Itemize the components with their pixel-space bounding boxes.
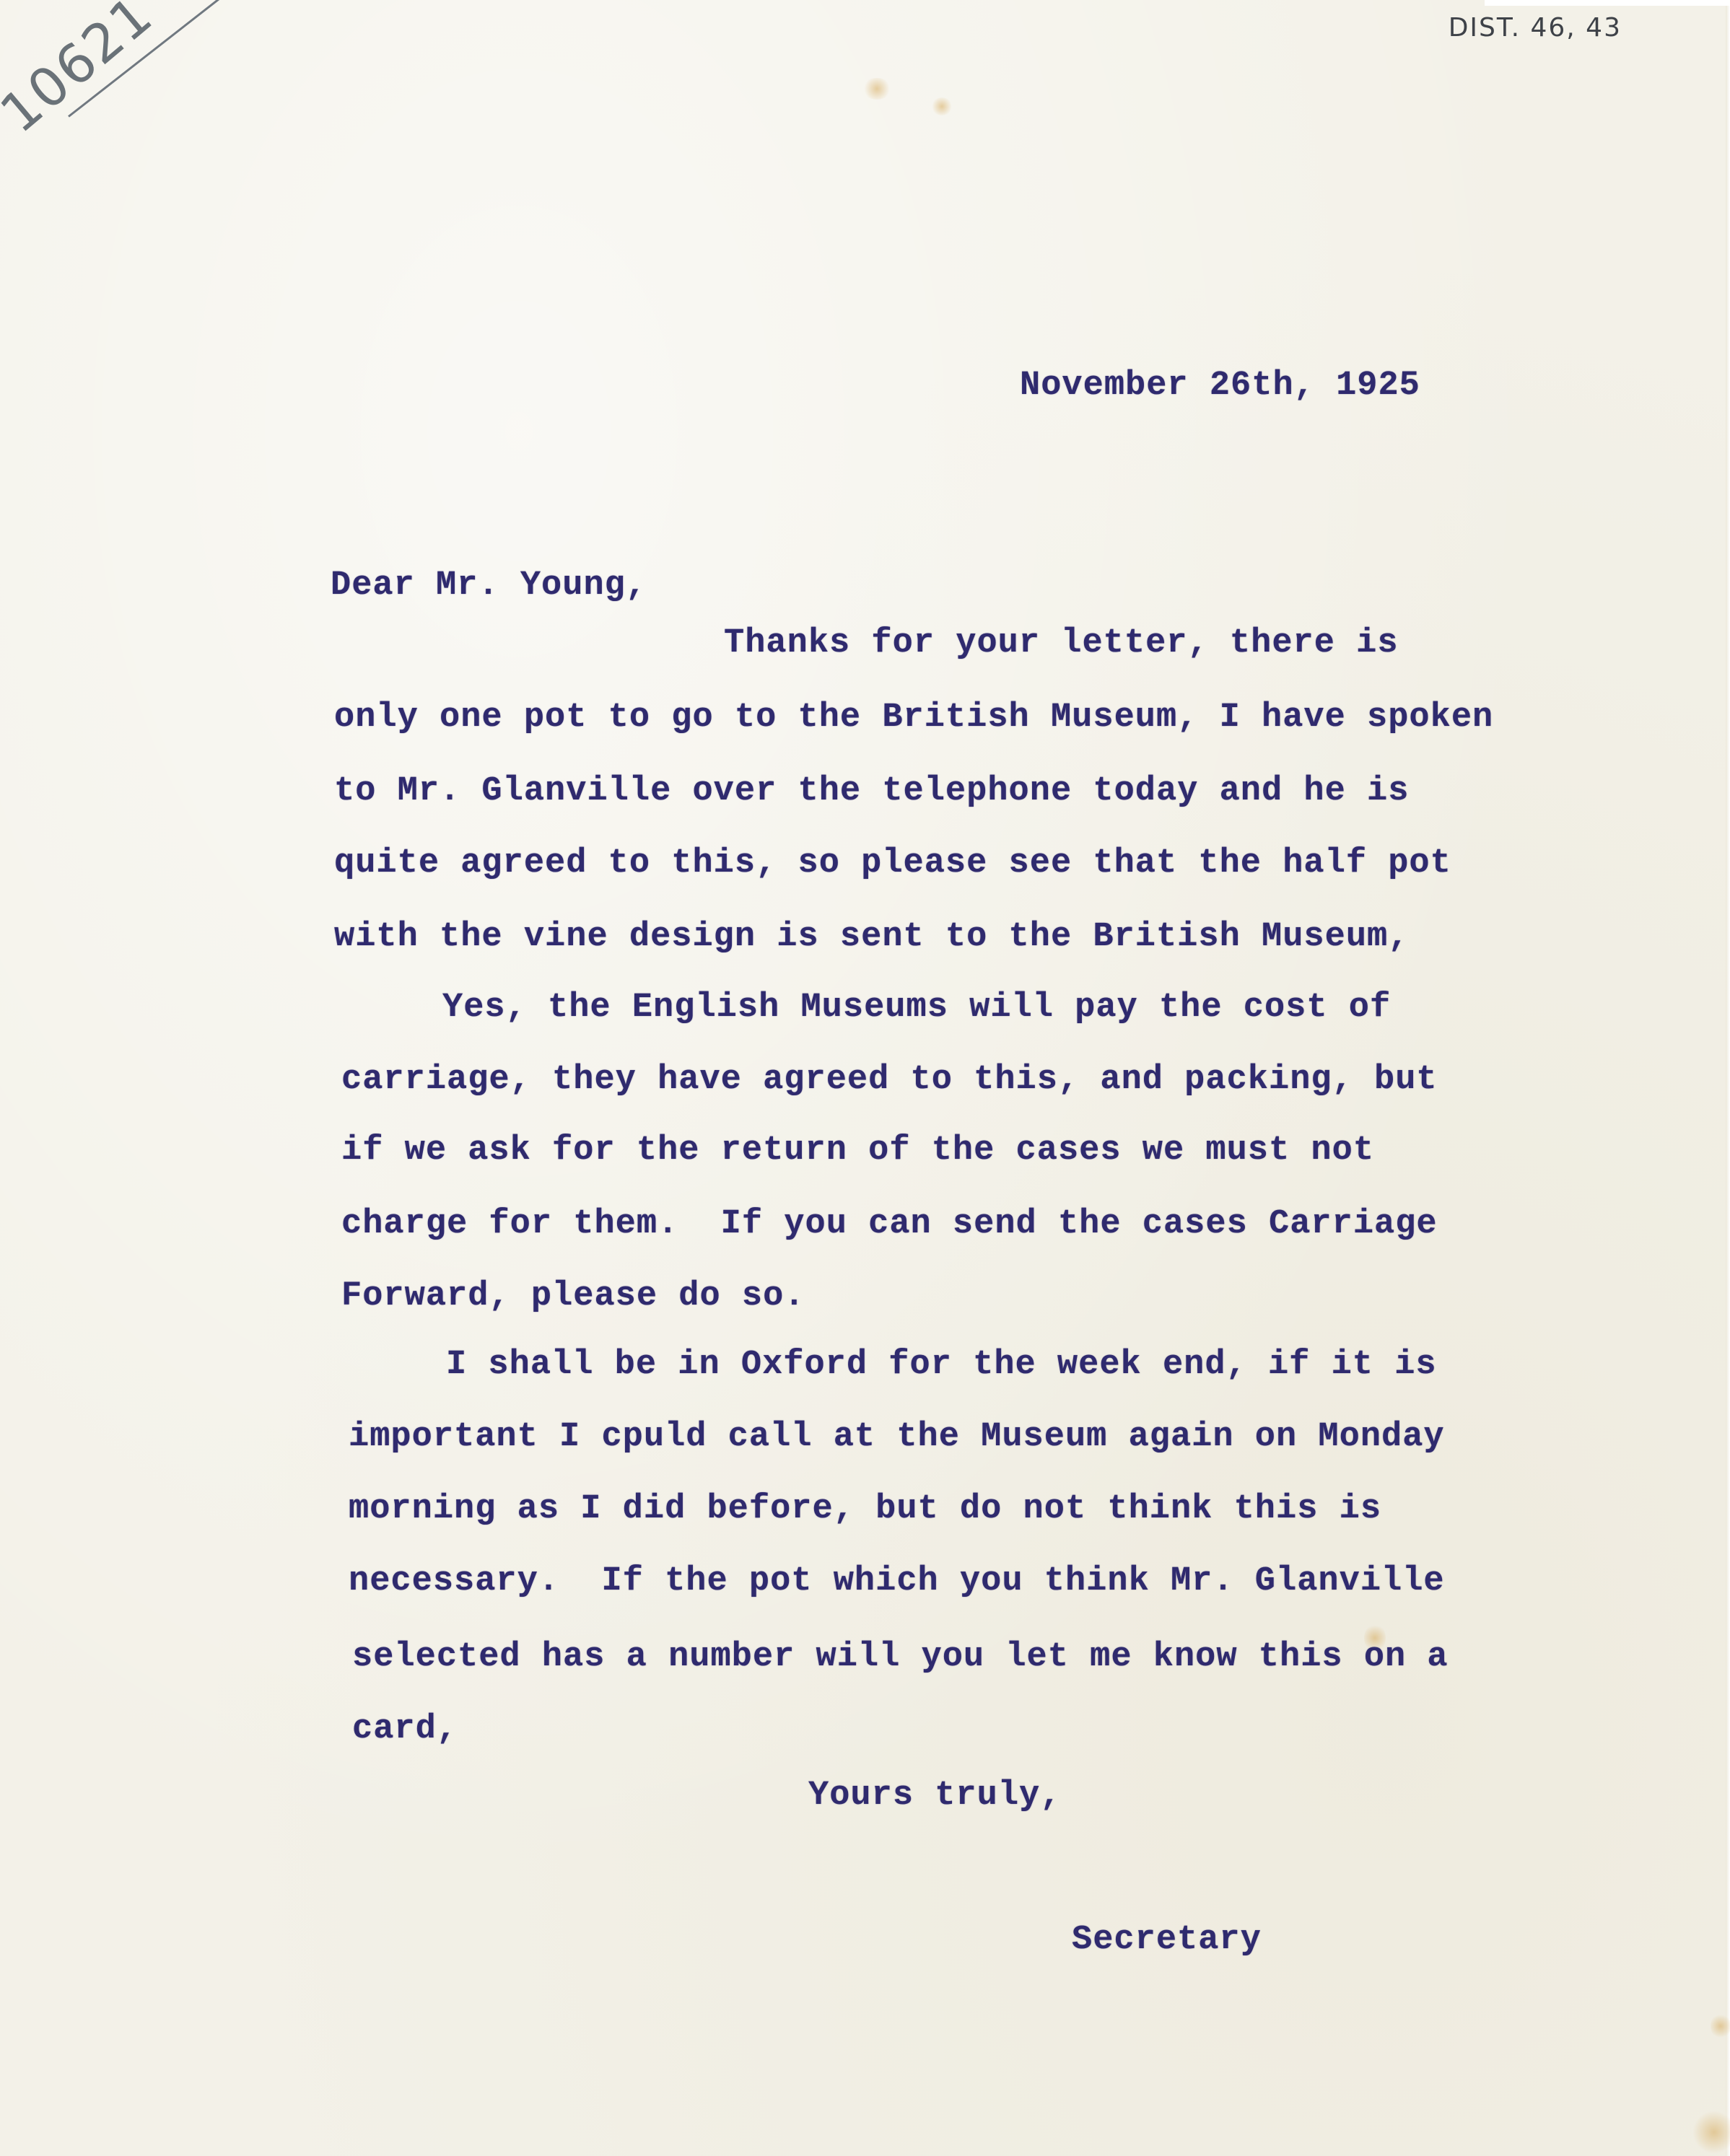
closing: Yours truly,	[808, 1776, 1061, 1815]
letter-page: 10621 DIST. 46, 43 November 26th, 1925 D…	[0, 0, 1730, 2156]
body-line: only one pot to go to the British Museum…	[334, 698, 1493, 737]
letter-date: November 26th, 1925	[1020, 367, 1420, 405]
foxing-stain	[1711, 2013, 1730, 2039]
body-line: important I cpuld call at the Museum aga…	[349, 1418, 1445, 1456]
body-line: with the vine design is sent to the Brit…	[334, 918, 1409, 956]
body-line: carriage, they have agreed to this, and …	[341, 1061, 1438, 1099]
paper-edge	[1726, 0, 1730, 2156]
body-line: charge for them. If you can send the cas…	[341, 1205, 1438, 1243]
body-line: Yes, the English Museums will pay the co…	[442, 989, 1391, 1027]
body-line: card,	[352, 1710, 458, 1748]
body-line: if we ask for the return of the cases we…	[341, 1131, 1374, 1170]
foxing-stain	[931, 97, 953, 115]
body-line: Forward, please do so.	[341, 1277, 805, 1315]
body-line: to Mr. Glanville over the telephone toda…	[334, 772, 1409, 810]
paper-edge-top	[1485, 0, 1730, 6]
foxing-stain	[862, 78, 891, 100]
body-line: Thanks for your letter, there is	[724, 624, 1399, 662]
salutation: Dear Mr. Young,	[331, 566, 647, 605]
body-line: I shall be in Oxford for the week end, i…	[446, 1346, 1437, 1384]
distribution-reference: DIST. 46, 43	[1449, 13, 1622, 43]
signature: Secretary	[1072, 1921, 1262, 1959]
body-line: selected has a number will you let me kn…	[352, 1638, 1449, 1676]
body-line: necessary. If the pot which you think Mr…	[349, 1562, 1445, 1600]
pencil-reference-number: 10621	[0, 0, 165, 145]
body-line: quite agreed to this, so please see that…	[334, 844, 1451, 882]
body-line: morning as I did before, but do not thin…	[349, 1490, 1381, 1528]
foxing-stain	[1692, 2111, 1730, 2154]
